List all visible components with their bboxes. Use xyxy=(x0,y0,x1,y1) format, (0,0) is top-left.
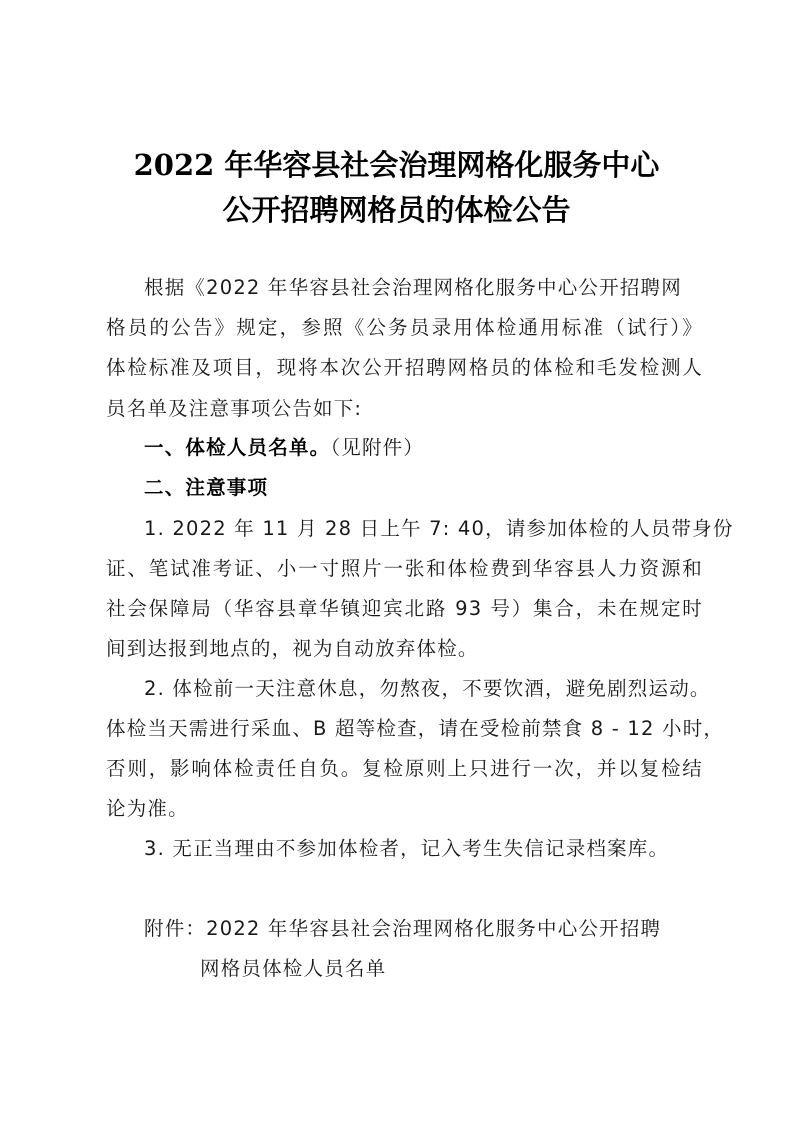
item-2-line-4: 论为准。 xyxy=(106,793,706,821)
attachment-line-2: 网格员体检人员名单 xyxy=(200,953,793,981)
section-1: 一、体检人员名单。（见附件） xyxy=(144,432,744,460)
section-1-heading: 一、体检人员名单。 xyxy=(144,436,330,459)
section-2-heading: 二、注意事项 xyxy=(144,472,744,500)
attachment-label: 附件： xyxy=(144,917,206,940)
item-1-line-4: 间到达报到地点的，视为自动放弃体检。 xyxy=(106,633,706,661)
attachment-title: 2022 年华容县社会治理网格化服务中心公开招聘 xyxy=(206,917,661,940)
intro-line-3: 体检标准及项目，现将本次公开招聘网格员的体检和毛发检测人 xyxy=(106,352,703,380)
item-1-line-2: 证、笔试准考证、小一寸照片一张和体检费到华容县人力资源和 xyxy=(106,553,703,581)
intro-line-4: 员名单及注意事项公告如下: xyxy=(106,393,706,421)
attachment-line-1: 附件：2022 年华容县社会治理网格化服务中心公开招聘 xyxy=(144,913,744,941)
document-title-line-1: 2022 年华容县社会治理网格化服务中心 xyxy=(0,143,793,184)
section-1-note: （见附件） xyxy=(330,436,424,459)
item-2-line-2: 体检当天需进行采血、B 超等检查，请在受检前禁食 8 - 12 小时， xyxy=(106,713,703,741)
intro-line-2: 格员的公告》规定，参照《公务员录用体检通用标准（试行）》 xyxy=(106,312,703,340)
item-2-line-1: 2. 体检前一天注意休息，勿熬夜，不要饮酒，避免剧烈运动。 xyxy=(144,673,744,701)
intro-line-1: 根据《2022 年华容县社会治理网格化服务中心公开招聘网 xyxy=(144,272,744,300)
item-3-line-1: 3. 无正当理由不参加体检者，记入考生失信记录档案库。 xyxy=(144,833,744,861)
item-2-line-3: 否则，影响体检责任自负。复检原则上只进行一次，并以复检结 xyxy=(106,753,703,781)
document-title-line-2: 公开招聘网格员的体检公告 xyxy=(0,188,793,229)
item-1-line-1: 1. 2022 年 11 月 28 日上午 7: 40，请参加体检的人员带身份 xyxy=(144,513,744,541)
item-1-line-3: 社会保障局（华容县章华镇迎宾北路 93 号）集合，未在规定时 xyxy=(106,593,703,621)
